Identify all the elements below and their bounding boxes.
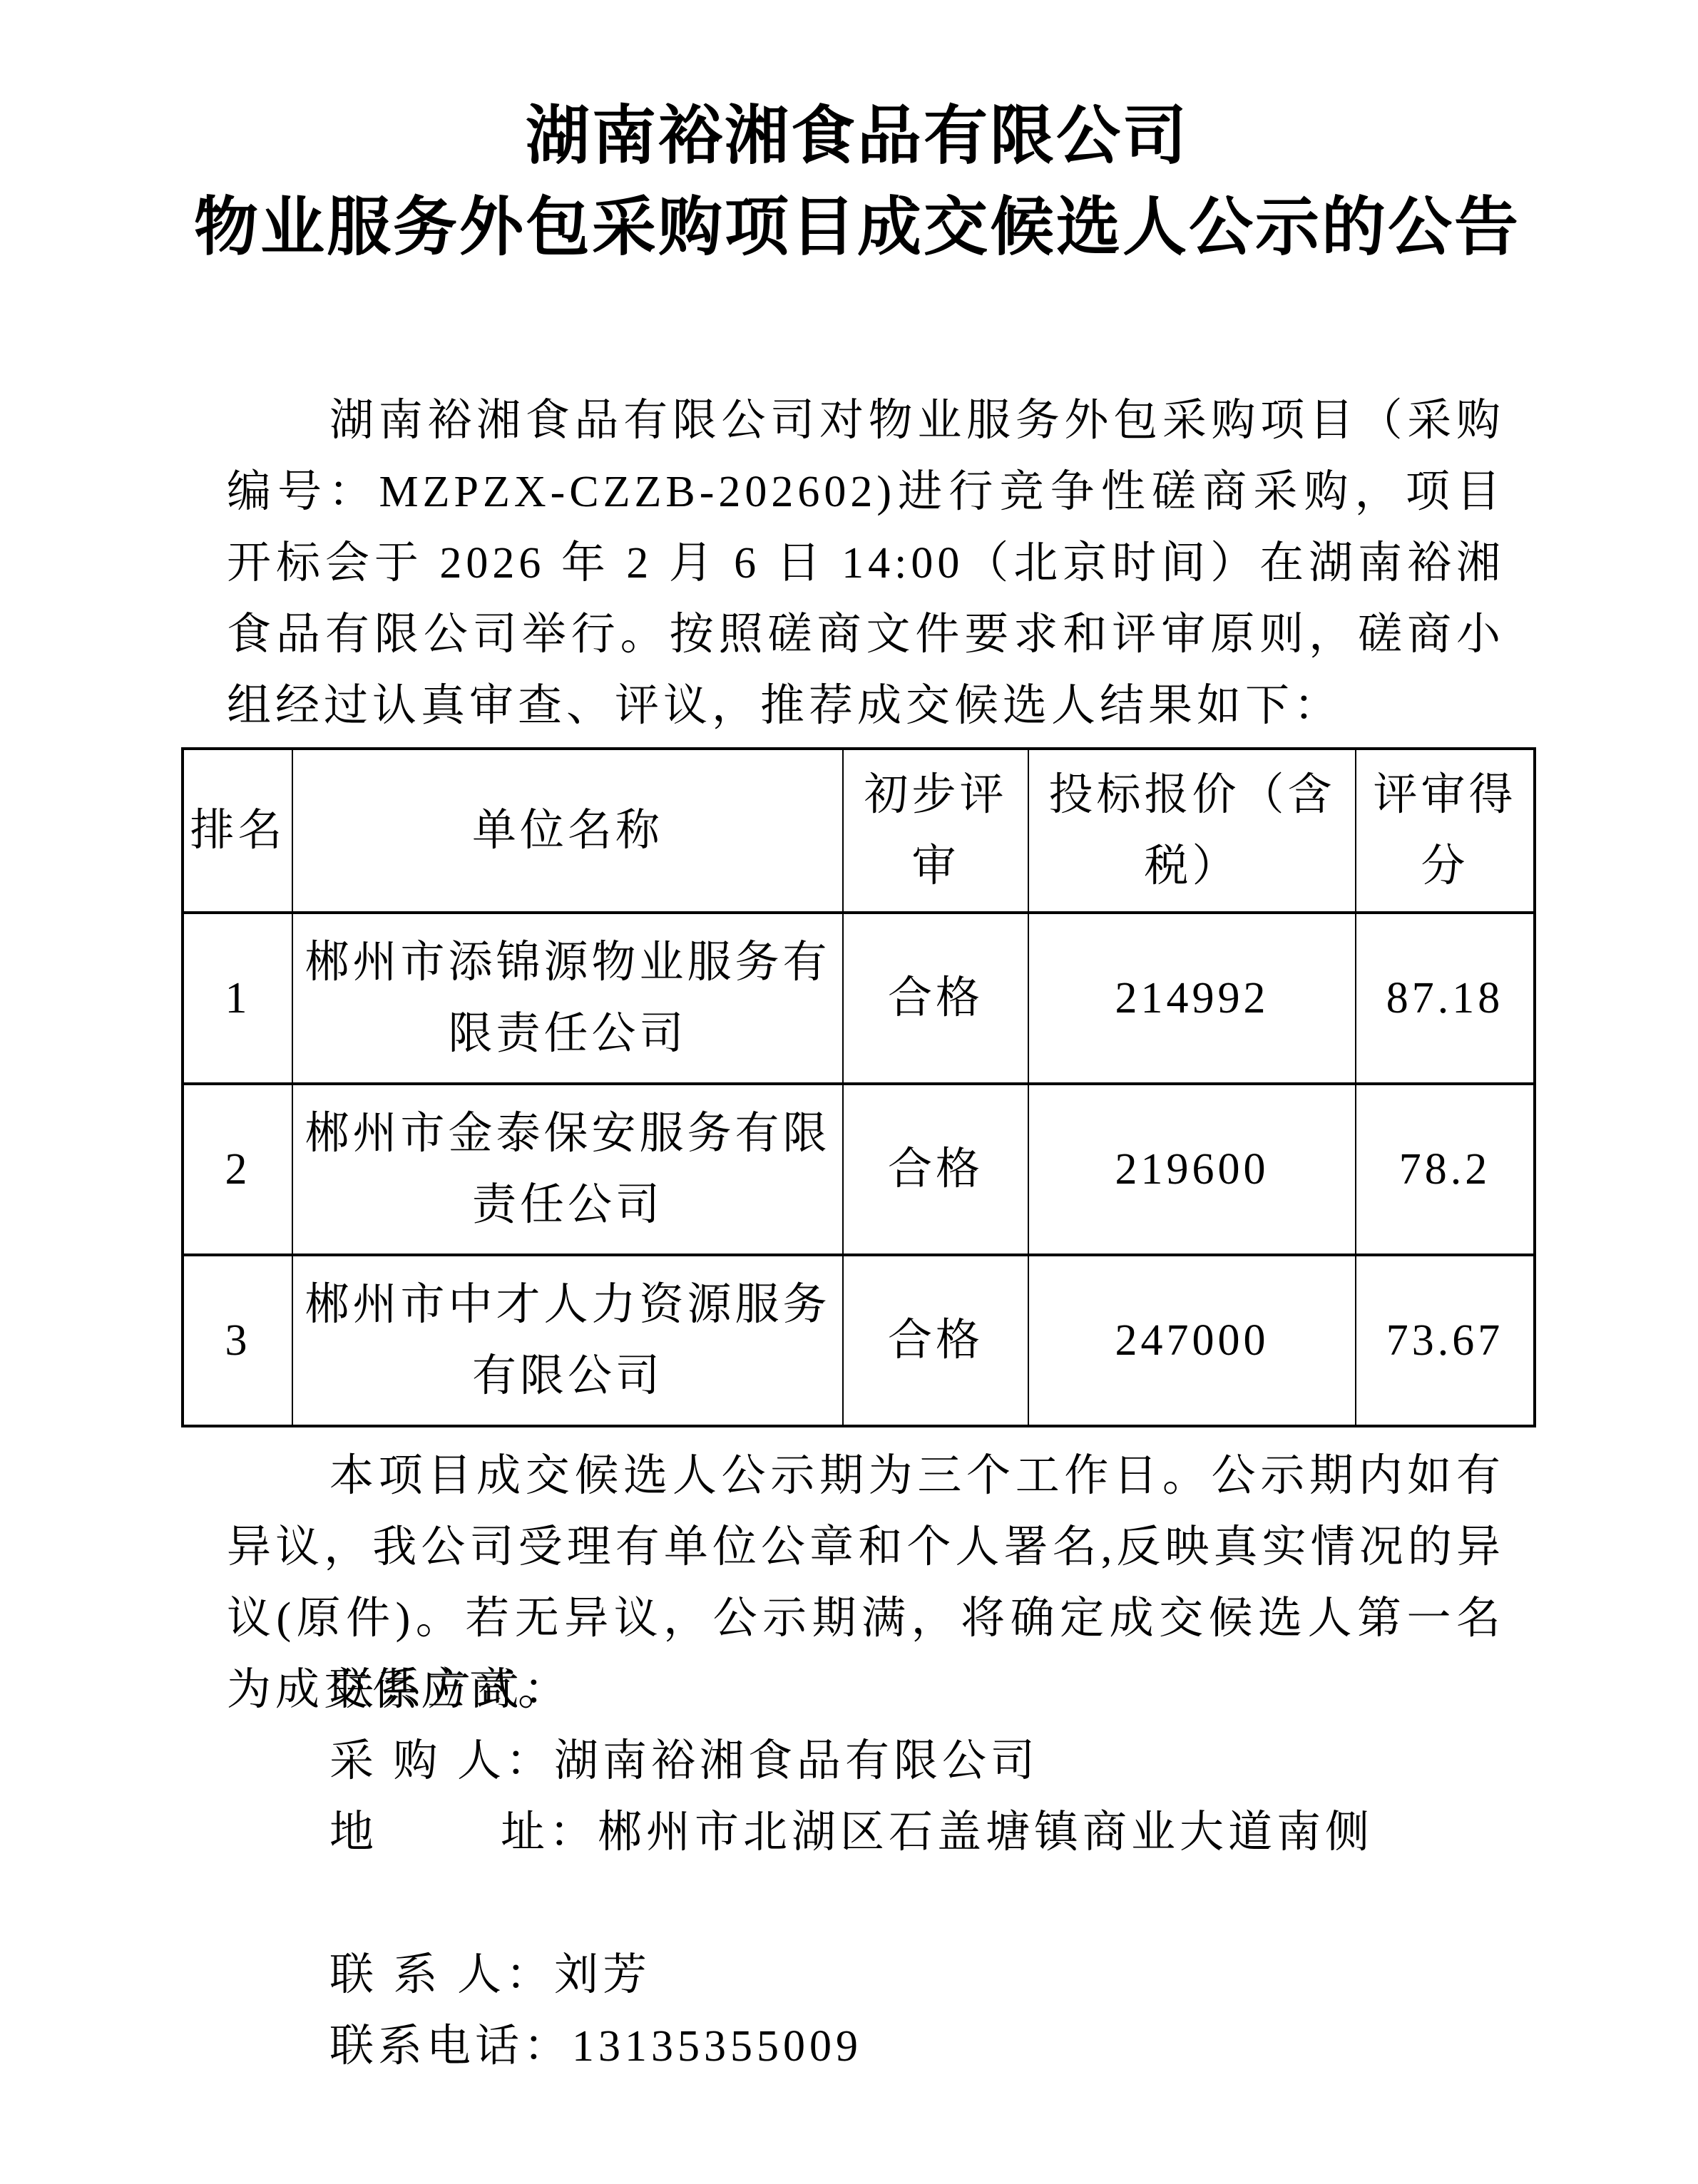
cell-score: 87.18 xyxy=(1356,913,1535,1084)
contact-buyer-line: 采 购 人：湖南裕湘食品有限公司 xyxy=(227,1726,1505,1797)
table-header-row: 排名 单位名称 初步评审 投标报价（含税） 评审得分 xyxy=(183,749,1535,913)
title-line-1: 湖南裕湘食品有限公司 xyxy=(181,91,1533,183)
contact-heading: 联系方式： xyxy=(227,1654,1505,1726)
contact-phone-line: 联系电话：13135355009 xyxy=(227,2011,1505,2082)
intro-paragraph: 湖南裕湘食品有限公司对物业服务外包采购项目（采购编号：MZPZX-CZZB-20… xyxy=(227,385,1505,742)
table-row: 2 郴州市金泰保安服务有限责任公司 合格 219600 78.2 xyxy=(183,1084,1535,1255)
contact-section: 联系方式： 采 购 人：湖南裕湘食品有限公司 地 址：郴州市北湖区石盖塘镇商业大… xyxy=(227,1654,1505,2082)
cell-review: 合格 xyxy=(843,1084,1028,1255)
col-header-review: 初步评审 xyxy=(843,749,1028,913)
document-title: 湖南裕湘食品有限公司 物业服务外包采购项目成交候选人公示的公告 xyxy=(181,91,1533,274)
cell-price: 219600 xyxy=(1028,1084,1356,1255)
cell-review: 合格 xyxy=(843,913,1028,1084)
contact-address-line: 地 址：郴州市北湖区石盖塘镇商业大道南侧 xyxy=(227,1797,1505,1868)
cell-score: 78.2 xyxy=(1356,1084,1535,1255)
candidates-table: 排名 单位名称 初步评审 投标报价（含税） 评审得分 1 郴州市添锦源物业服务有… xyxy=(181,747,1536,1427)
cell-rank: 3 xyxy=(183,1255,292,1426)
cell-rank: 2 xyxy=(183,1084,292,1255)
cell-score: 73.67 xyxy=(1356,1255,1535,1426)
col-header-score: 评审得分 xyxy=(1356,749,1535,913)
table-header: 排名 单位名称 初步评审 投标报价（含税） 评审得分 xyxy=(183,749,1535,913)
col-header-price: 投标报价（含税） xyxy=(1028,749,1356,913)
blank-line xyxy=(227,1868,1505,1939)
cell-company: 郴州市金泰保安服务有限责任公司 xyxy=(292,1084,843,1255)
table-row: 3 郴州市中才人力资源服务有限公司 合格 247000 73.67 xyxy=(183,1255,1535,1426)
table-body: 1 郴州市添锦源物业服务有限责任公司 合格 214992 87.18 2 郴州市… xyxy=(183,913,1535,1426)
contact-person-line: 联 系 人：刘芳 xyxy=(227,1939,1505,2011)
cell-price: 214992 xyxy=(1028,913,1356,1084)
cell-company: 郴州市中才人力资源服务有限公司 xyxy=(292,1255,843,1426)
title-line-2: 物业服务外包采购项目成交候选人公示的公告 xyxy=(181,183,1533,274)
document-page: 湖南裕湘食品有限公司 物业服务外包采购项目成交候选人公示的公告 湖南裕湘食品有限… xyxy=(0,0,1698,2184)
col-header-rank: 排名 xyxy=(183,749,292,913)
cell-rank: 1 xyxy=(183,913,292,1084)
cell-company: 郴州市添锦源物业服务有限责任公司 xyxy=(292,913,843,1084)
cell-price: 247000 xyxy=(1028,1255,1356,1426)
document-content: 湖南裕湘食品有限公司 物业服务外包采购项目成交候选人公示的公告 湖南裕湘食品有限… xyxy=(181,0,1533,2184)
cell-review: 合格 xyxy=(843,1255,1028,1426)
col-header-company: 单位名称 xyxy=(292,749,843,913)
table-row: 1 郴州市添锦源物业服务有限责任公司 合格 214992 87.18 xyxy=(183,913,1535,1084)
